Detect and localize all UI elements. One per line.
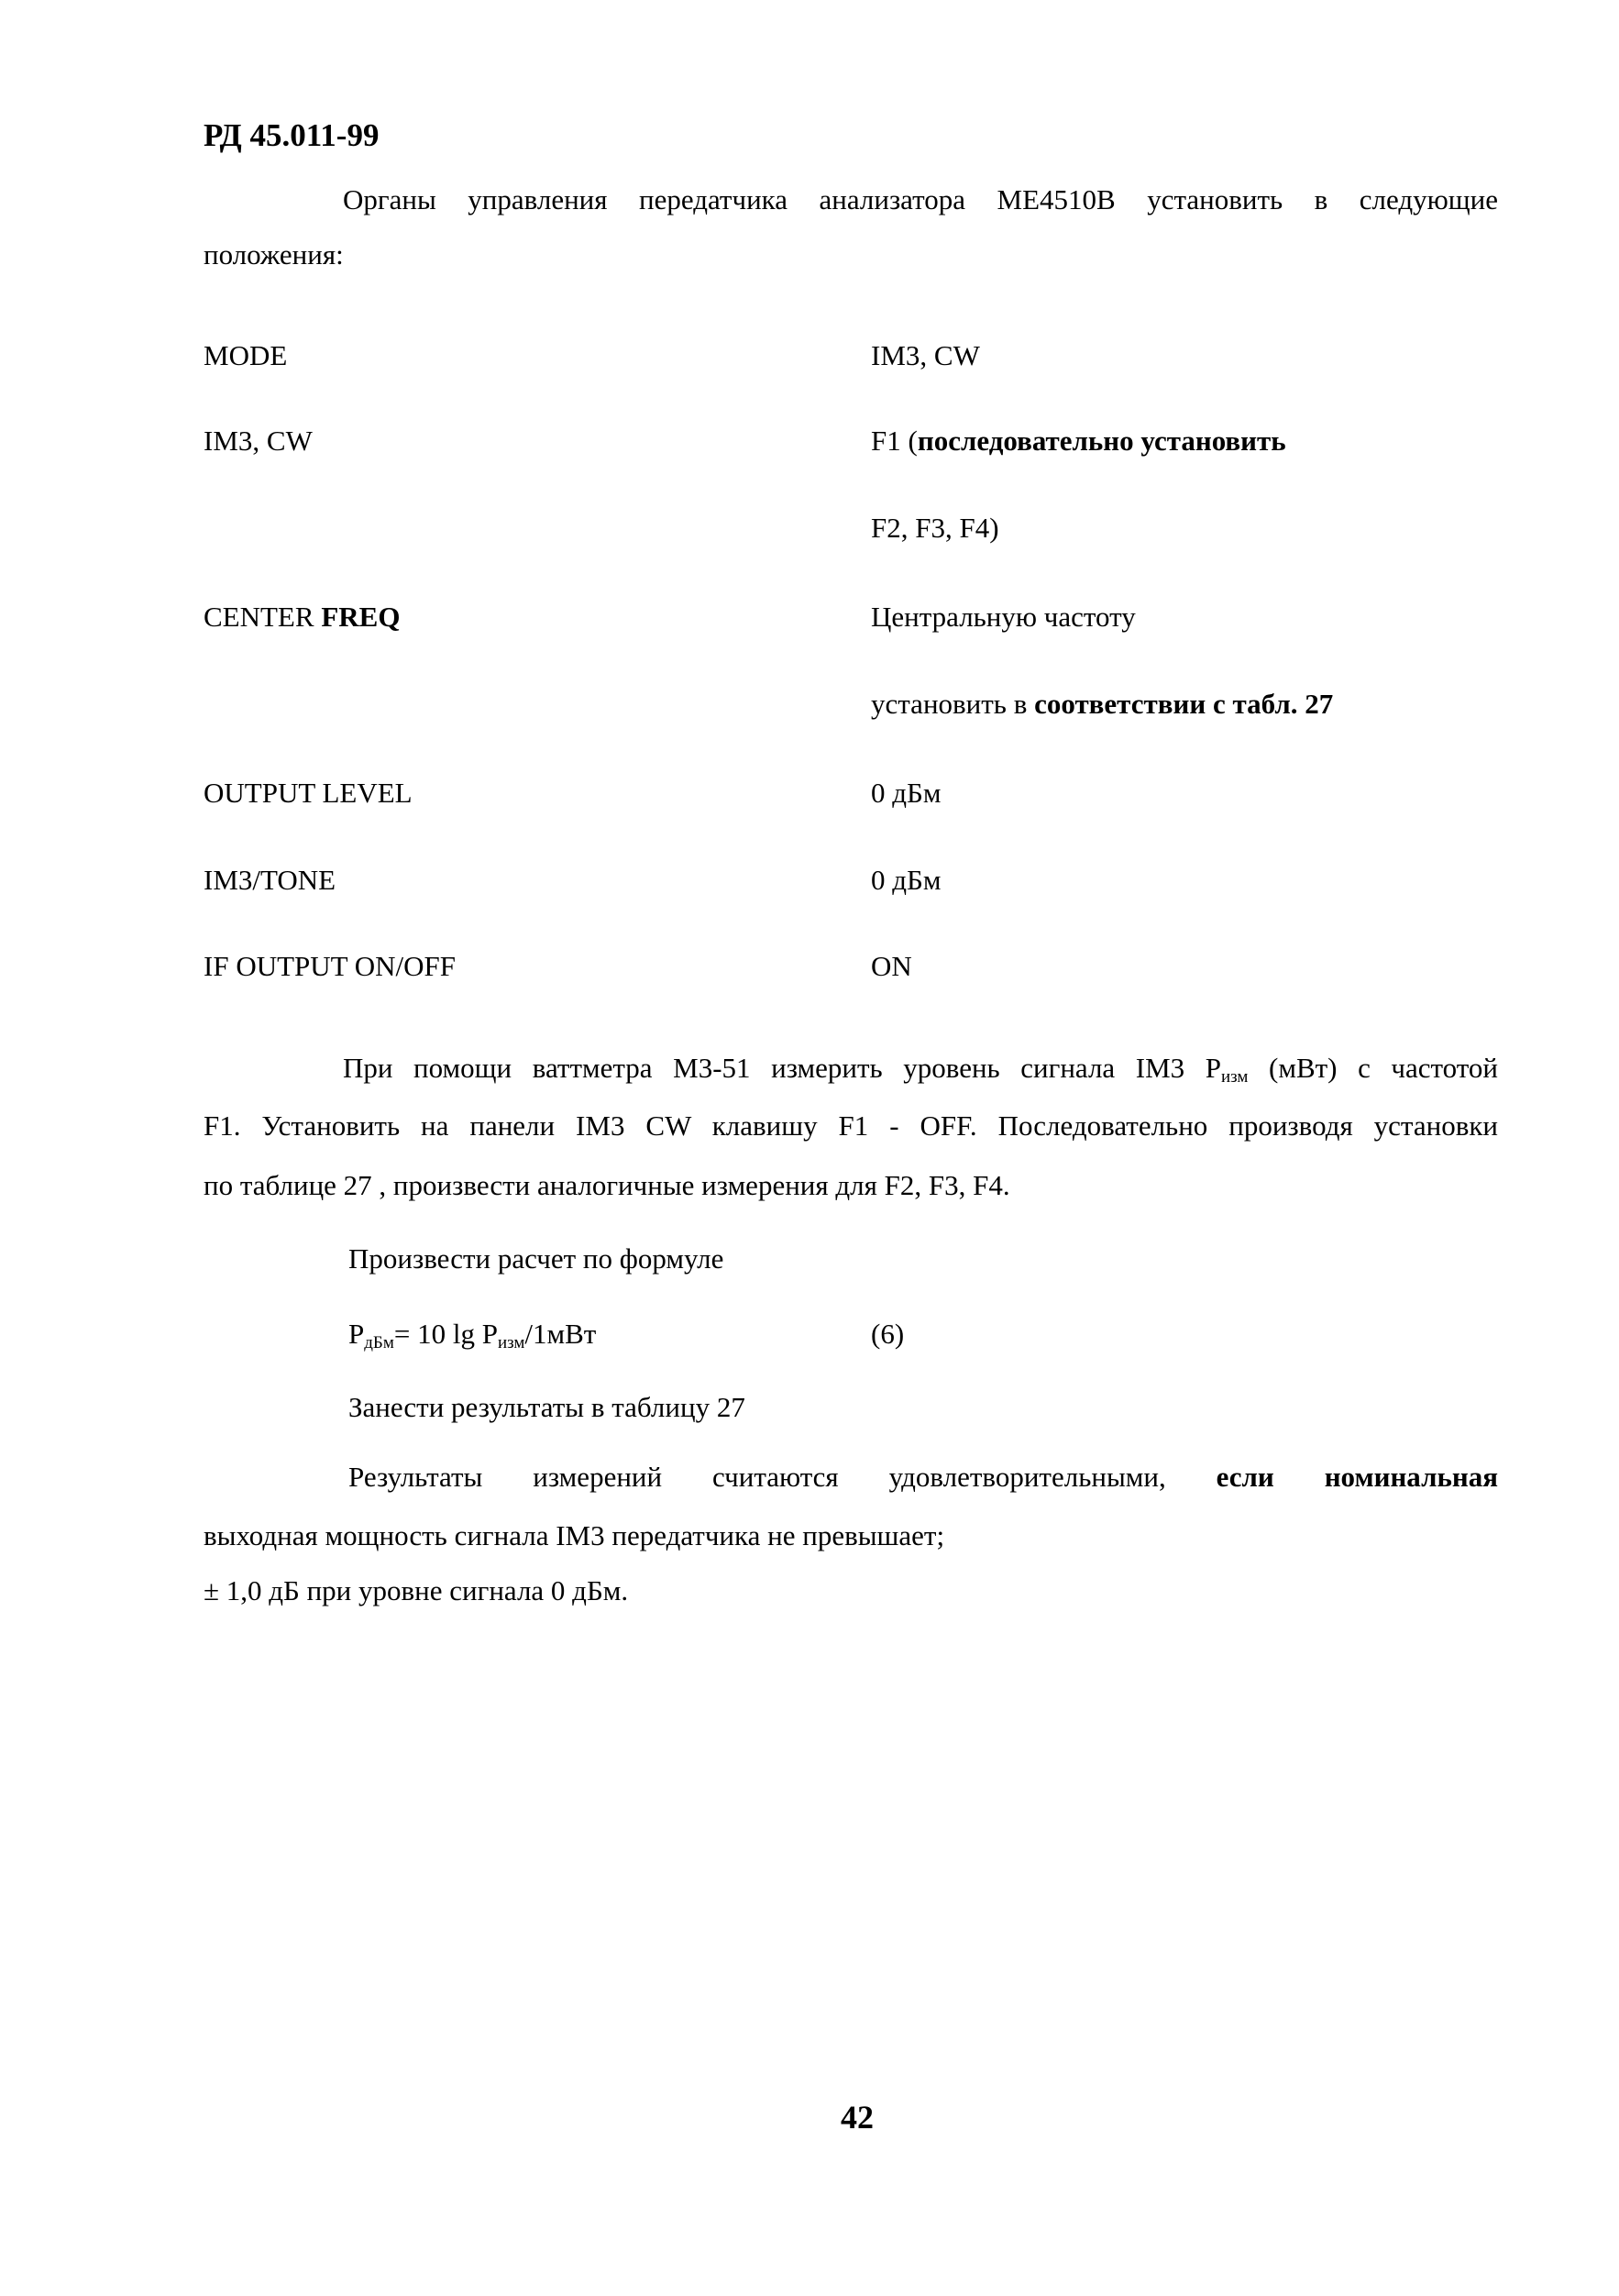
setting-value-im3-tone: 0 дБм	[871, 864, 941, 897]
measurement-line3: по таблице 27 , произвести аналогичные и…	[204, 1169, 1010, 1202]
intro-paragraph-line2: положения:	[204, 238, 344, 271]
calc-intro: Произвести расчет по формуле	[348, 1242, 723, 1275]
setting-control-if-output: IF OUTPUT ON/OFF	[204, 950, 456, 983]
setting-value-im3-cw-cont: F2, F3, F4)	[871, 512, 999, 545]
setting-value-mode: IM3, CW	[871, 339, 980, 372]
measurement-line2: F1. Установить на панели IM3 CW клавишу …	[204, 1109, 1498, 1142]
setting-control-im3-tone: IM3/TONE	[204, 864, 336, 897]
formula: PдБм= 10 lg Pизм/1мВт	[348, 1318, 596, 1351]
formula-number: (6)	[871, 1318, 904, 1351]
intro-paragraph-line1: Органы управления передатчика анализатор…	[204, 183, 1498, 216]
calc-record: Занести результаты в таблицу 27	[348, 1391, 745, 1424]
setting-value-if-output: ON	[871, 950, 912, 983]
setting-value-center-freq: Центральную частоту	[871, 601, 1136, 634]
criteria-line1: Результаты измерений считаются удовлетво…	[204, 1461, 1498, 1494]
setting-control-im3-cw: IM3, CW	[204, 425, 313, 458]
setting-value-im3-cw: F1 (последовательно установить	[871, 425, 1286, 458]
measurement-line1: При помощи ваттметра М3-51 измерить уров…	[204, 1052, 1498, 1085]
page-number: 42	[0, 2098, 1619, 2136]
document-code: РД 45.011-99	[204, 117, 379, 154]
criteria-line3: ± 1,0 дБ при уровне сигнала 0 дБм.	[204, 1574, 628, 1607]
criteria-line2: выходная мощность сигнала IM3 передатчик…	[204, 1519, 944, 1552]
setting-control-center-freq: CENTER FREQ	[204, 601, 400, 634]
setting-value-output-level: 0 дБм	[871, 777, 941, 810]
setting-control-output-level: OUTPUT LEVEL	[204, 777, 413, 810]
setting-value-center-freq-cont: установить в соответствии с табл. 27	[871, 688, 1333, 721]
setting-control-mode: MODE	[204, 339, 287, 372]
